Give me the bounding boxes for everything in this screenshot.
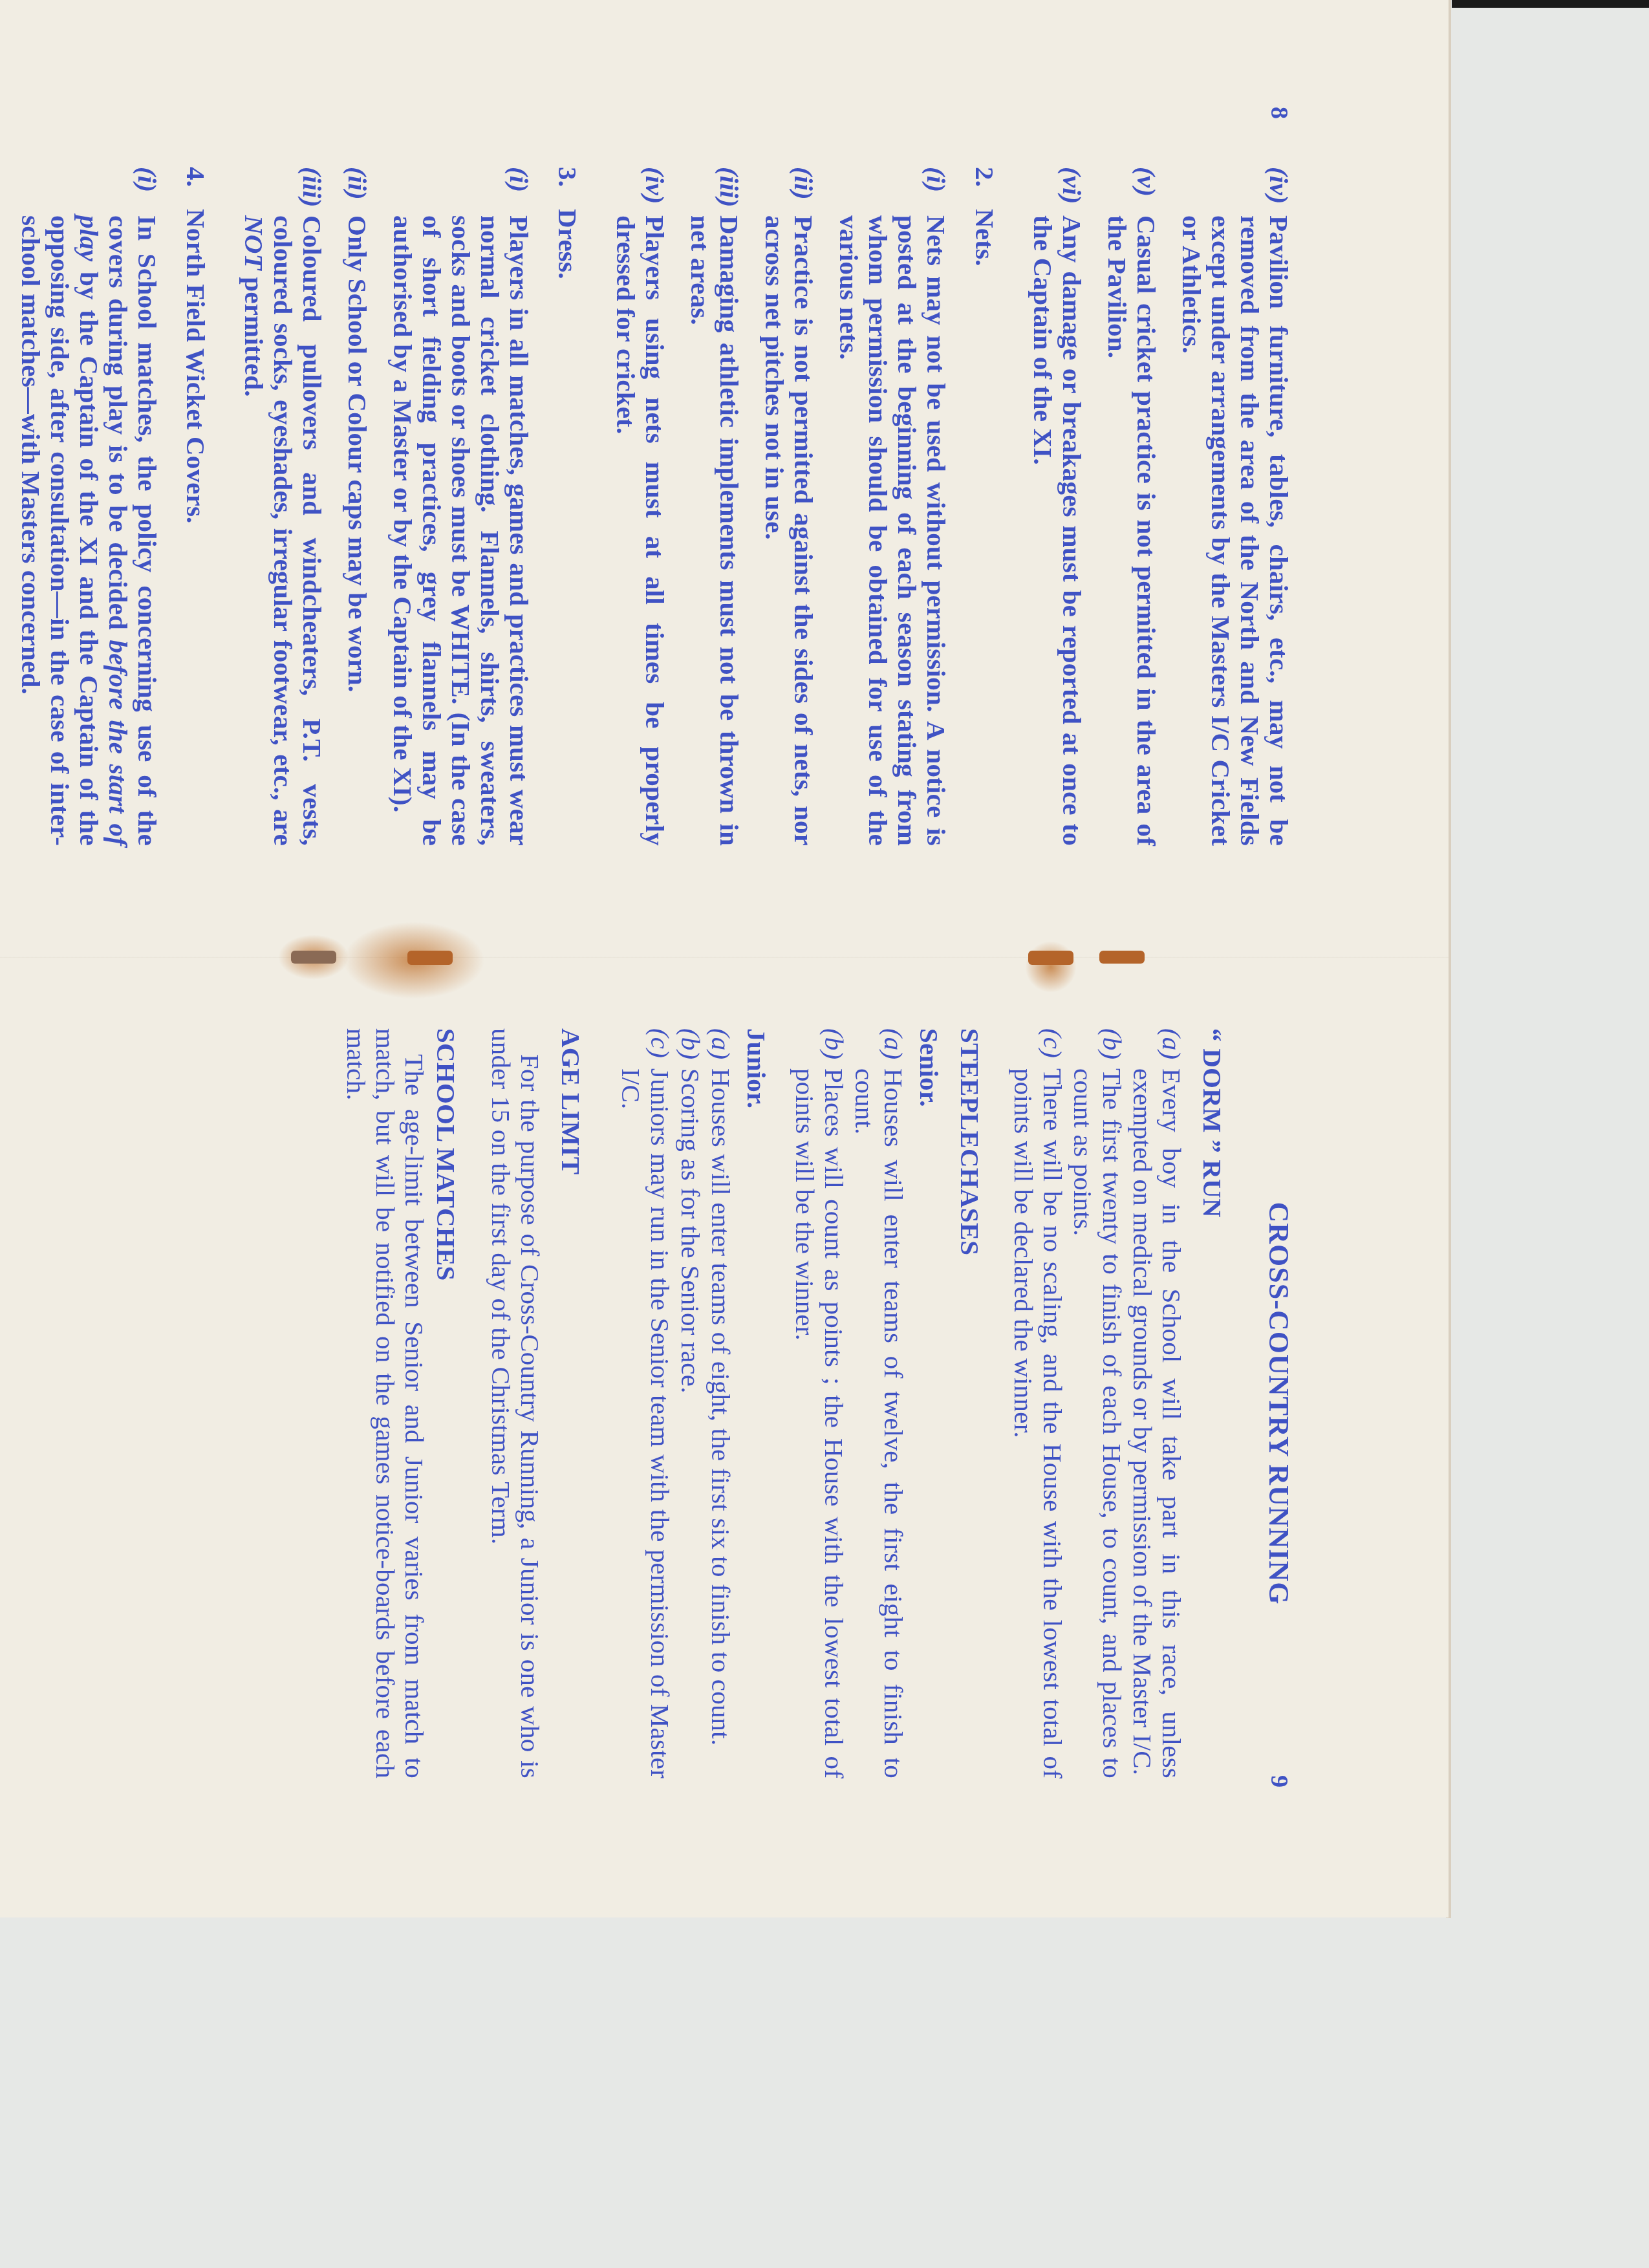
rule-item: (iii) Damaging athletic implements must … xyxy=(685,167,744,846)
rule-item: (i) In School matches, the policy concer… xyxy=(16,167,162,846)
scanner-border xyxy=(1452,0,1649,8)
page-9: 9 CROSS-COUNTRY RUNNING “ DORM ” RUN (a)… xyxy=(0,957,1449,1917)
rule-item: (iii) Coloured pullovers and windcheater… xyxy=(239,167,327,846)
item-letter: (c) xyxy=(616,1028,674,1068)
item-letter: (b) xyxy=(790,1028,848,1068)
rule-item: (c) Juniors may run in the Senior team w… xyxy=(616,1028,674,1778)
heading-steeplechases: STEEPLECHASES xyxy=(955,1028,984,1778)
item-number: (iv) xyxy=(611,167,669,215)
rule-item: (ii) Practice is not permitted against t… xyxy=(760,167,818,846)
item-number: (vi) xyxy=(1028,167,1086,215)
rule-item: (a) Every boy in the School will take pa… xyxy=(1128,1028,1186,1778)
item-text: Pavilion furniture, tables, chairs, etc.… xyxy=(1177,215,1293,846)
rule-item: (c) There will be no scaling, and the Ho… xyxy=(1009,1028,1067,1778)
page-8-content: (iv) Pavilion furniture, tables, chairs,… xyxy=(0,167,1293,846)
rule-item: (a) Houses will enter teams of eight, th… xyxy=(706,1028,735,1778)
item-text: Casual cricket practice is not permitted… xyxy=(1103,215,1161,846)
item-text: Coloured pullovers and windcheaters, P.T… xyxy=(239,215,327,846)
text-part: Coloured pullovers and windcheaters, P.T… xyxy=(268,215,327,846)
item-text: Practice is not permitted against the si… xyxy=(760,215,818,846)
item-number: (i) xyxy=(834,167,951,215)
section-title: Dress. xyxy=(553,209,582,279)
item-letter: (b) xyxy=(676,1028,705,1068)
text-part: permitted. xyxy=(239,270,269,397)
item-text: Every boy in the School will take part i… xyxy=(1128,1068,1186,1778)
school-matches-text: The age-limit between Senior and Junior … xyxy=(341,1028,429,1778)
subheading-senior: Senior. xyxy=(914,1028,943,1778)
rule-item: (a) Houses will enter teams of twelve, t… xyxy=(850,1028,908,1778)
rule-item: (vi) Any damage or breakages must be rep… xyxy=(1028,167,1086,846)
item-text: Houses will enter teams of twelve, the f… xyxy=(850,1068,908,1778)
item-letter: (a) xyxy=(850,1028,908,1068)
section-number: 4. xyxy=(181,167,210,209)
item-text: There will be no scaling, and the House … xyxy=(1009,1068,1067,1778)
text-part: by the Captain of the XI and the Captain… xyxy=(16,215,104,846)
item-number: (iv) xyxy=(1177,167,1293,215)
item-text: Juniors may run in the Senior team with … xyxy=(616,1068,674,1778)
heading-age-limit: AGE LIMIT xyxy=(556,1028,585,1778)
heading-dorm-run: “ DORM ” RUN xyxy=(1198,1028,1227,1778)
section-heading-wicket-covers: 4. North Field Wicket Covers. xyxy=(181,167,210,846)
item-number: (ii) xyxy=(760,167,818,215)
item-letter: (a) xyxy=(1128,1028,1186,1068)
rule-item: (i) Nets may not be used without permiss… xyxy=(834,167,951,846)
section-number: 2. xyxy=(970,167,999,209)
emphasis-text: NOT xyxy=(239,215,269,270)
page-number: 8 xyxy=(1265,107,1293,119)
section-number: 3. xyxy=(553,167,582,209)
item-text: Places will count as points ; the House … xyxy=(790,1068,848,1778)
item-text: Nets may not be used without permission.… xyxy=(834,215,951,846)
rule-item: (iv) Players using nets must at all time… xyxy=(611,167,669,846)
item-letter: (a) xyxy=(706,1028,735,1068)
section-title: Nets. xyxy=(970,209,999,266)
item-letter: (b) xyxy=(1068,1028,1126,1068)
rule-item: (iv) Pavilion furniture, tables, chairs,… xyxy=(1177,167,1293,846)
item-number: (i) xyxy=(16,167,162,215)
item-text: Scoring as for the Senior race. xyxy=(676,1068,705,1778)
item-text: The first twenty to finish of each House… xyxy=(1068,1068,1126,1778)
item-text: Players using nets must at all times be … xyxy=(611,215,669,846)
item-text: Only School or Colour caps may be worn. xyxy=(343,215,372,846)
item-text: In School matches, the policy concerning… xyxy=(16,215,162,846)
rule-item: (b) Places will count as points ; the Ho… xyxy=(790,1028,848,1778)
rule-item: (i) Players in all matches, games and pr… xyxy=(388,167,533,846)
section-heading-nets: 2. Nets. xyxy=(970,167,999,846)
item-text: Players in all matches, games and practi… xyxy=(388,215,533,846)
item-text: Any damage or breakages must be reported… xyxy=(1028,215,1086,846)
page-8: 8 (iv) Pavilion furniture, tables, chair… xyxy=(0,0,1449,957)
item-number: (v) xyxy=(1103,167,1161,215)
item-text: Houses will enter teams of eight, the fi… xyxy=(706,1068,735,1778)
section-heading-dress: 3. Dress. xyxy=(553,167,582,846)
page-title: CROSS-COUNTRY RUNNING xyxy=(1264,1028,1293,1778)
item-number: (i) xyxy=(388,167,533,215)
rule-item: (b) The first twenty to finish of each H… xyxy=(1068,1028,1126,1778)
rule-item: (ii) Only School or Colour caps may be w… xyxy=(343,167,372,846)
item-text: Damaging athletic implements must not be… xyxy=(685,215,744,846)
item-number: (iii) xyxy=(685,167,744,215)
item-number: (iii) xyxy=(239,167,327,215)
booklet-spread: 8 (iv) Pavilion furniture, tables, chair… xyxy=(0,0,1449,1917)
rule-item: (b) Scoring as for the Senior race. xyxy=(676,1028,705,1778)
rule-item: (v) Casual cricket practice is not permi… xyxy=(1103,167,1161,846)
item-letter: (c) xyxy=(1009,1028,1067,1068)
subheading-junior: Junior. xyxy=(742,1028,771,1778)
page-9-content: CROSS-COUNTRY RUNNING “ DORM ” RUN (a) E… xyxy=(341,1028,1293,1778)
age-limit-text: For the purpose of Cross-Country Running… xyxy=(486,1028,544,1778)
heading-school-matches: SCHOOL MATCHES xyxy=(431,1028,460,1778)
section-title: North Field Wicket Covers. xyxy=(181,209,210,524)
item-number: (ii) xyxy=(343,167,372,215)
